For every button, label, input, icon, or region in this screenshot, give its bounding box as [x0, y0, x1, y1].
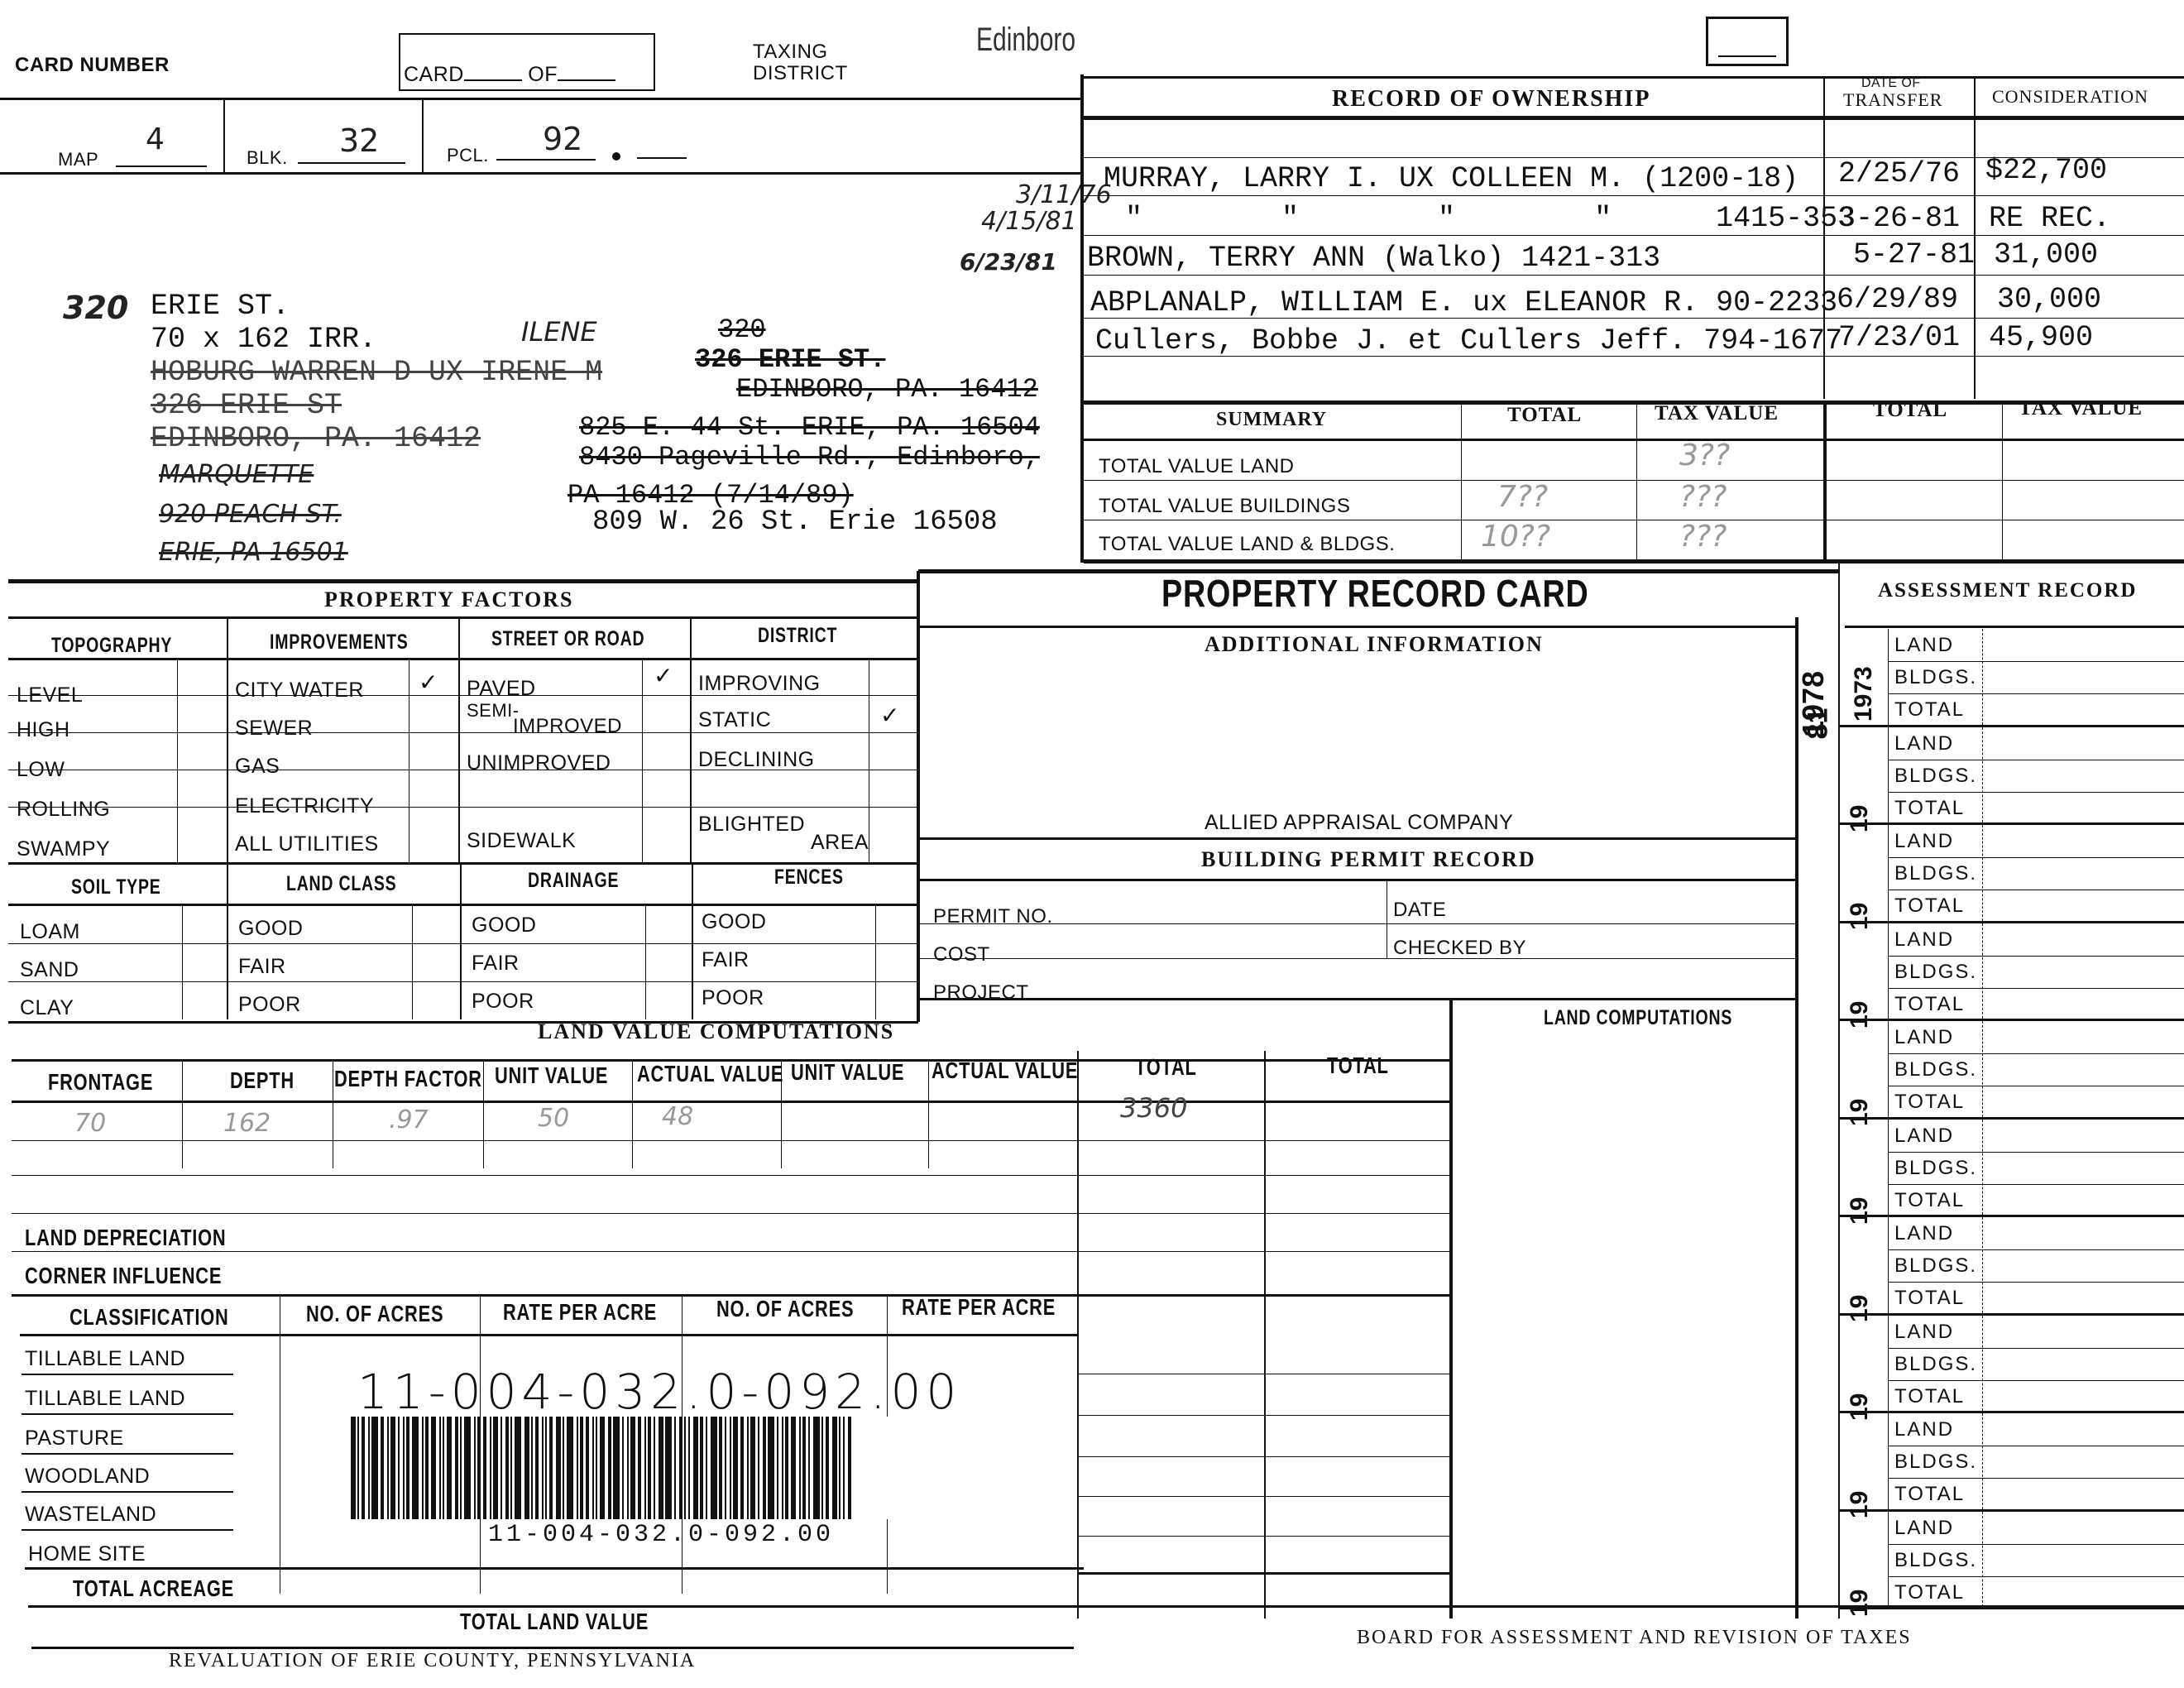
- divider: [25, 1567, 1084, 1570]
- divider: [31, 1647, 1074, 1649]
- fences-header: FENCES: [774, 866, 844, 890]
- unit-value-value: 50: [538, 1104, 569, 1133]
- checked-by-label: CHECKED BY: [1393, 937, 1526, 960]
- class-tillable-2: TILLABLE LAND: [25, 1387, 185, 1411]
- imp-all-utilities: ALL UTILITIES: [235, 832, 379, 856]
- divider: [8, 658, 918, 660]
- divider: [422, 99, 424, 174]
- check-icon: ✓: [654, 662, 673, 689]
- divider: [8, 904, 918, 906]
- divider: [182, 1061, 183, 1168]
- assessment-label-bldgs: BLDGS.: [1894, 1451, 1977, 1474]
- transfer-date: 3-26-81: [1838, 202, 1960, 235]
- assessment-label-total: TOTAL: [1894, 698, 1965, 722]
- divider: [8, 732, 918, 733]
- assessment-label-land: LAND: [1894, 732, 1954, 755]
- assessment-label-bldgs: BLDGS.: [1894, 1353, 1977, 1376]
- divider: [1084, 235, 2184, 236]
- former-handwritten-3: ERIE, PA 16501: [159, 538, 348, 567]
- summary-land-tax-value: 3??: [1679, 439, 1730, 472]
- divider: [1084, 76, 2184, 79]
- parcel-id-printed: 11-004-032.0-092.00: [488, 1521, 834, 1549]
- assessment-label-land: LAND: [1894, 1321, 1954, 1344]
- card-of-label: CARD OF: [404, 63, 615, 87]
- assessment-label-total: TOTAL: [1894, 993, 1965, 1016]
- divider: [632, 1061, 633, 1168]
- assessment-label-total: TOTAL: [1894, 894, 1965, 918]
- divider: [20, 1334, 1079, 1336]
- summary-row-total: TOTAL VALUE LAND & BLDGS.: [1099, 533, 1395, 556]
- record-card-title: PROPERTY RECORD CARD: [1161, 571, 1589, 616]
- assessment-label-bldgs: BLDGS.: [1894, 1549, 1977, 1572]
- assessment-label-total: TOTAL: [1894, 1581, 1965, 1604]
- divider: [1845, 626, 2184, 628]
- rate-2-header: RATE PER ACRE: [902, 1294, 1056, 1321]
- permit-no-label: PERMIT NO.: [933, 905, 1053, 928]
- class-pasture: PASTURE: [25, 1427, 124, 1451]
- divider: [8, 807, 918, 808]
- taxing-district-value: Edinboro: [976, 22, 1075, 59]
- side-date-2: 4/15/81: [981, 207, 1077, 236]
- divider: [869, 658, 869, 865]
- divider: [1084, 275, 2184, 276]
- owner-name: Cullers, Bobbe J. et Cullers Jeff. 794-1…: [1095, 324, 1842, 357]
- soil-clay: CLAY: [20, 996, 74, 1020]
- summary-row-buildings: TOTAL VALUE BUILDINGS: [1099, 495, 1350, 518]
- divider: [412, 904, 413, 1019]
- assessment-label-bldgs: BLDGS.: [1894, 765, 1977, 788]
- consideration: 30,000: [1997, 283, 2101, 316]
- topo-rolling: ROLLING: [17, 798, 110, 822]
- unit-value-2-header: UNIT VALUE: [791, 1059, 904, 1086]
- assessment-block: 19LANDBLDGS.TOTAL: [1840, 1120, 2184, 1218]
- owner-name: MURRAY, LARRY I. UX COLLEEN M. (1200-18): [1104, 162, 1798, 195]
- owner-name: ABPLANALP, WILLIAM E. ux ELEANOR R. 90-2…: [1090, 286, 1837, 319]
- assessment-label-total: TOTAL: [1894, 1091, 1965, 1114]
- assessment-block: 19LANDBLDGS.TOTAL: [1840, 1512, 2184, 1610]
- assessment-block: 19LANDBLDGS.TOTAL: [1840, 1316, 2184, 1414]
- additional-info-label: ADDITIONAL INFORMATION: [1205, 632, 1544, 657]
- divider: [1077, 1572, 1449, 1575]
- owner-name: " " " " 1415-353: [1125, 202, 1855, 235]
- stamp-year2-text: 81: [1803, 708, 1834, 740]
- divider: [692, 862, 693, 1019]
- divider: [1449, 998, 1453, 1618]
- divider: [918, 626, 1795, 628]
- imp-gas: GAS: [235, 755, 280, 779]
- fences-fair: FAIR: [702, 948, 750, 972]
- assessment-block: 19LANDBLDGS.TOTAL: [1840, 923, 2184, 1022]
- frontage-header: FRONTAGE: [48, 1069, 153, 1096]
- divider: [177, 658, 178, 865]
- land-depreciation-label: LAND DEPRECIATION: [25, 1225, 226, 1251]
- divider: [1084, 559, 2184, 563]
- assessment-label-bldgs: BLDGS.: [1894, 666, 1977, 689]
- total-value: 3360: [1120, 1092, 1187, 1124]
- summary-bldg-tax-value: ???: [1679, 480, 1727, 514]
- divider: [918, 958, 1795, 959]
- classification-header: CLASSIFICATION: [69, 1304, 229, 1331]
- blk-label: BLK.: [247, 147, 288, 169]
- divider: [917, 571, 920, 1022]
- handwritten-name: ILENE: [521, 316, 597, 348]
- divider: [642, 658, 643, 865]
- divider: [12, 1140, 1451, 1141]
- street-semi: SEMI-: [467, 700, 520, 722]
- land-class-header: LAND CLASS: [286, 872, 396, 896]
- assessment-label-total: TOTAL: [1894, 1483, 1965, 1506]
- total-land-value-label: TOTAL LAND VALUE: [460, 1609, 649, 1635]
- taxing-district-label: TAXING DISTRICT: [753, 41, 885, 84]
- divider: [0, 172, 1084, 175]
- summary-total-total: 10??: [1481, 520, 1550, 554]
- divider: [12, 1101, 1451, 1103]
- topo-level: LEVEL: [17, 683, 83, 707]
- street-unimproved: UNIMPROVED: [467, 751, 611, 775]
- district-blighted: BLIGHTED: [698, 813, 805, 837]
- divider: [227, 862, 228, 1019]
- topo-low: LOW: [17, 758, 65, 782]
- mail-address-struck-2: 8430 Pageville Rd., Edinboro,: [579, 442, 1040, 472]
- divider: [1080, 74, 1084, 563]
- pcl-value: 92: [543, 121, 582, 157]
- blk-underline: [298, 162, 405, 164]
- map-underline: [116, 165, 207, 167]
- district-header: DISTRICT: [758, 624, 837, 648]
- assessment-label-land: LAND: [1894, 1517, 1954, 1540]
- divider: [1636, 400, 1637, 561]
- district-static: STATIC: [698, 708, 771, 732]
- divider: [280, 1296, 280, 1594]
- divider: [22, 1529, 233, 1531]
- date-of-transfer-header: TRANSFER: [1843, 89, 1942, 111]
- divider: [1077, 1496, 1449, 1497]
- street-address: ERIE ST.: [151, 290, 290, 323]
- divider: [8, 981, 918, 982]
- drainage-poor: POOR: [472, 990, 534, 1014]
- actual-value-header: ACTUAL VALUE: [637, 1061, 783, 1087]
- alt-number: 320: [718, 314, 766, 345]
- cost-label: COST: [933, 943, 990, 966]
- district-declining: DECLINING: [698, 748, 815, 772]
- transfer-date: 2/25/76: [1838, 157, 1960, 190]
- total-acreage-label: TOTAL ACREAGE: [73, 1575, 234, 1602]
- summary-row-land: TOTAL VALUE LAND: [1099, 455, 1295, 478]
- imp-sewer: SEWER: [235, 717, 313, 741]
- pcl-dot: [612, 152, 620, 161]
- divider: [12, 1251, 1451, 1252]
- assessment-label-bldgs: BLDGS.: [1894, 961, 1977, 984]
- consideration-header: CONSIDERATION: [1992, 86, 2148, 108]
- street-improved: IMPROVED: [513, 715, 622, 738]
- land-computations-title: LAND COMPUTATIONS: [1544, 1006, 1732, 1030]
- divider: [22, 1491, 233, 1493]
- land-value-title: LAND VALUE COMPUTATIONS: [538, 1019, 894, 1044]
- blk-value: 32: [339, 122, 379, 159]
- district-area: AREA: [811, 831, 869, 855]
- imp-electricity: ELECTRICITY: [235, 794, 374, 818]
- parcel-barcode: [351, 1417, 1004, 1519]
- divider: [8, 579, 918, 583]
- summary-tax-header: TAX VALUE: [1655, 402, 1779, 425]
- imp-city-water: CITY WATER: [235, 679, 364, 703]
- soil-sand: SAND: [20, 958, 79, 982]
- mail-address-struck-1: 825 E. 44 St. ERIE, PA. 16504: [579, 412, 1040, 443]
- mail-address-current: 809 W. 26 St. Erie 16508: [592, 506, 998, 538]
- card-label: CARD: [404, 63, 464, 86]
- company-label: ALLIED APPRAISAL COMPANY: [1205, 811, 1513, 835]
- divider: [690, 616, 692, 865]
- alt-address-1: 326 ERIE ST.: [695, 344, 885, 375]
- transfer-date: 7/23/01: [1838, 321, 1960, 354]
- divider: [1795, 617, 1798, 1618]
- card-number-label: CARD NUMBER: [15, 55, 114, 76]
- divider: [409, 658, 409, 865]
- former-address-2: EDINBORO, PA. 16412: [151, 422, 481, 455]
- pcl-underline-2: [637, 157, 687, 159]
- assessment-block: 19LANDBLDGS.TOTAL: [1840, 1217, 2184, 1316]
- check-icon: ✓: [419, 669, 438, 696]
- assessment-block: 1973LANDBLDGS.TOTAL: [1840, 629, 2184, 727]
- assessment-label-land: LAND: [1894, 1026, 1954, 1049]
- divider: [12, 1175, 1451, 1176]
- divider: [918, 923, 1795, 924]
- former-owner: HOBURG WARREN D UX IRENE M: [151, 356, 602, 389]
- assessment-label-total: TOTAL: [1894, 1385, 1965, 1408]
- map-label: MAP: [58, 149, 98, 170]
- acres-2-header: NO. OF ACRES: [716, 1296, 854, 1322]
- divider: [1077, 1415, 1449, 1416]
- divider: [918, 879, 1795, 881]
- assessment-label-bldgs: BLDGS.: [1894, 862, 1977, 885]
- assessment-block: 19LANDBLDGS.TOTAL: [1840, 1021, 2184, 1120]
- summary-total-tax-value: ???: [1679, 520, 1727, 554]
- divider: [1077, 1536, 1449, 1537]
- divider: [1084, 520, 2184, 520]
- land-class-fair: FAIR: [238, 955, 286, 979]
- assessment-label-bldgs: BLDGS.: [1894, 1254, 1977, 1278]
- assessment-label-total: TOTAL: [1894, 1189, 1965, 1212]
- consideration: 45,900: [1989, 321, 2093, 354]
- depth-factor-value: .97: [389, 1105, 429, 1134]
- footer-left: REVALUATION OF ERIE COUNTY, PENNSYLVANIA: [169, 1650, 696, 1672]
- divider: [333, 1061, 333, 1168]
- divider: [928, 1061, 929, 1168]
- drainage-header: DRAINAGE: [528, 869, 619, 893]
- divider: [1084, 480, 2184, 481]
- divider: [1823, 400, 1827, 561]
- unit-value-header: UNIT VALUE: [495, 1062, 608, 1089]
- assessment-label-bldgs: BLDGS.: [1894, 1058, 1977, 1081]
- divider: [8, 862, 918, 865]
- footer-right: BOARD FOR ASSESSMENT AND REVISION OF TAX…: [1357, 1627, 1912, 1649]
- divider: [1077, 1374, 1449, 1374]
- corner-influence-label: CORNER INFLUENCE: [25, 1263, 222, 1289]
- frontage-value: 70: [74, 1109, 106, 1138]
- summary-total2-header: TOTAL: [1873, 399, 1947, 422]
- pcl-underline: [496, 159, 596, 161]
- assessment-year: 19: [1846, 1567, 1874, 1617]
- divider: [1084, 439, 2184, 441]
- divider: [22, 1413, 233, 1415]
- drainage-good: GOOD: [472, 914, 536, 938]
- soil-header: SOIL TYPE: [71, 875, 161, 899]
- consideration: 31,000: [1994, 238, 2098, 271]
- property-factors-title: PROPERTY FACTORS: [324, 587, 573, 612]
- assessment-block: 19LANDBLDGS.TOTAL: [1840, 825, 2184, 923]
- project-label: PROJECT: [933, 981, 1029, 1005]
- depth-value: 162: [223, 1109, 271, 1138]
- assessment-label-land: LAND: [1894, 634, 1954, 657]
- permit-record-title: BUILDING PERMIT RECORD: [1201, 847, 1536, 872]
- divider: [22, 1374, 233, 1375]
- ownership-title: RECORD OF OWNERSHIP: [1332, 86, 1650, 113]
- of-label: OF: [528, 63, 558, 86]
- owner-name: BROWN, TERRY ANN (Walko) 1421-313: [1087, 242, 1660, 275]
- side-date-3: 6/23/81: [960, 248, 1057, 276]
- divider: [460, 862, 462, 1019]
- land-class-good: GOOD: [238, 917, 303, 941]
- street-sidewalk: SIDEWALK: [467, 829, 576, 853]
- card-number-label-text: CARD NUMBER: [15, 54, 170, 76]
- divider: [918, 837, 1795, 840]
- acres-header: NO. OF ACRES: [306, 1301, 443, 1327]
- assessment-title: ASSESSMENT RECORD: [1878, 579, 2137, 602]
- stamp-year-2: 81: [1803, 690, 1835, 740]
- summary-tax2-header: TAX VALUE: [2019, 397, 2143, 420]
- assessment-label-total: TOTAL: [1894, 1287, 1965, 1310]
- topography-header: TOPOGRAPHY: [51, 634, 172, 658]
- former-address-1: 326 ERIE ST: [151, 389, 342, 422]
- consideration: $22,700: [1985, 154, 2107, 187]
- corner-box: [1706, 17, 1789, 66]
- assessment-year: 1973: [1850, 631, 1878, 722]
- depth-header: DEPTH: [230, 1067, 295, 1094]
- alt-address-2: EDINBORO, PA. 16412: [736, 374, 1038, 405]
- assessment-label-land: LAND: [1894, 1418, 1954, 1441]
- soil-loam: LOAM: [20, 920, 80, 944]
- transfer-date: 6/29/89: [1837, 283, 1958, 316]
- improvements-header: IMPROVEMENTS: [270, 631, 409, 655]
- pcl-label: PCL.: [447, 145, 489, 166]
- divider: [645, 904, 646, 1019]
- divider: [12, 1213, 1451, 1214]
- depth-factor-header: DEPTH FACTOR: [334, 1066, 482, 1092]
- summary-total-header: TOTAL: [1507, 404, 1582, 427]
- class-home-site: HOME SITE: [28, 1542, 146, 1566]
- divider: [1084, 195, 2184, 196]
- assessment-label-land: LAND: [1894, 1125, 1954, 1148]
- land-class-poor: POOR: [238, 993, 301, 1017]
- divider: [227, 616, 228, 865]
- divider: [22, 1453, 233, 1455]
- divider: [875, 904, 876, 1019]
- rate-header: RATE PER ACRE: [503, 1299, 657, 1326]
- consideration: RE REC.: [1989, 202, 2110, 235]
- lot-dimensions: 70 x 162 IRR.: [151, 323, 376, 356]
- parcel-id-handwritten: 11-004-032.0-092.00: [357, 1364, 961, 1420]
- divider: [0, 98, 1084, 100]
- assessment-block: 19LANDBLDGS.TOTAL: [1840, 727, 2184, 826]
- fences-poor: POOR: [702, 986, 764, 1010]
- divider: [458, 616, 460, 865]
- total-2-header: TOTAL: [1327, 1053, 1389, 1079]
- fences-good: GOOD: [702, 910, 766, 934]
- former-handwritten-2: 920 PEACH ST.: [159, 500, 342, 529]
- divider: [1461, 400, 1462, 561]
- drainage-fair: FAIR: [472, 952, 520, 976]
- former-handwritten-1: MARQUETTE: [159, 460, 314, 489]
- assessment-label-bldgs: BLDGS.: [1894, 1157, 1977, 1180]
- divider: [1387, 879, 1387, 958]
- actual-value-2-header: ACTUAL VALUE: [932, 1057, 1078, 1084]
- divider: [918, 998, 1795, 1000]
- house-number: 320: [63, 290, 128, 326]
- actual-value-value: 48: [662, 1102, 693, 1131]
- summary-bldg-total: 7??: [1497, 480, 1548, 514]
- assessment-label-land: LAND: [1894, 830, 1954, 853]
- assessment-label-total: TOTAL: [1894, 797, 1965, 820]
- class-woodland: WOODLAND: [25, 1465, 150, 1489]
- street-header: STREET OR ROAD: [491, 627, 644, 651]
- topo-high: HIGH: [17, 718, 70, 742]
- divider: [1974, 76, 1976, 399]
- divider: [223, 99, 225, 174]
- district-improving: IMPROVING: [698, 672, 821, 696]
- divider: [182, 904, 183, 1019]
- divider: [1077, 1456, 1449, 1457]
- class-tillable-1: TILLABLE LAND: [25, 1347, 185, 1371]
- divider: [8, 616, 918, 619]
- divider: [1084, 116, 2184, 120]
- transfer-date: 5-27-81: [1853, 238, 1975, 271]
- summary-header: SUMMARY: [1216, 409, 1327, 431]
- topo-swampy: SWAMPY: [17, 837, 110, 861]
- class-wasteland: WASTELAND: [25, 1503, 156, 1527]
- divider: [2002, 400, 2003, 561]
- assessment-block: 19LANDBLDGS.TOTAL: [1840, 1413, 2184, 1512]
- divider: [28, 1605, 2184, 1608]
- map-value: 4: [146, 122, 165, 156]
- check-icon: ✓: [880, 702, 899, 729]
- divider: [1264, 1051, 1266, 1618]
- divider: [483, 1061, 484, 1168]
- total-header: TOTAL: [1135, 1054, 1197, 1081]
- divider: [8, 943, 918, 944]
- permit-date-label: DATE: [1393, 899, 1446, 922]
- street-paved: PAVED: [467, 677, 536, 701]
- assessment-label-land: LAND: [1894, 928, 1954, 952]
- assessment-label-land: LAND: [1894, 1222, 1954, 1245]
